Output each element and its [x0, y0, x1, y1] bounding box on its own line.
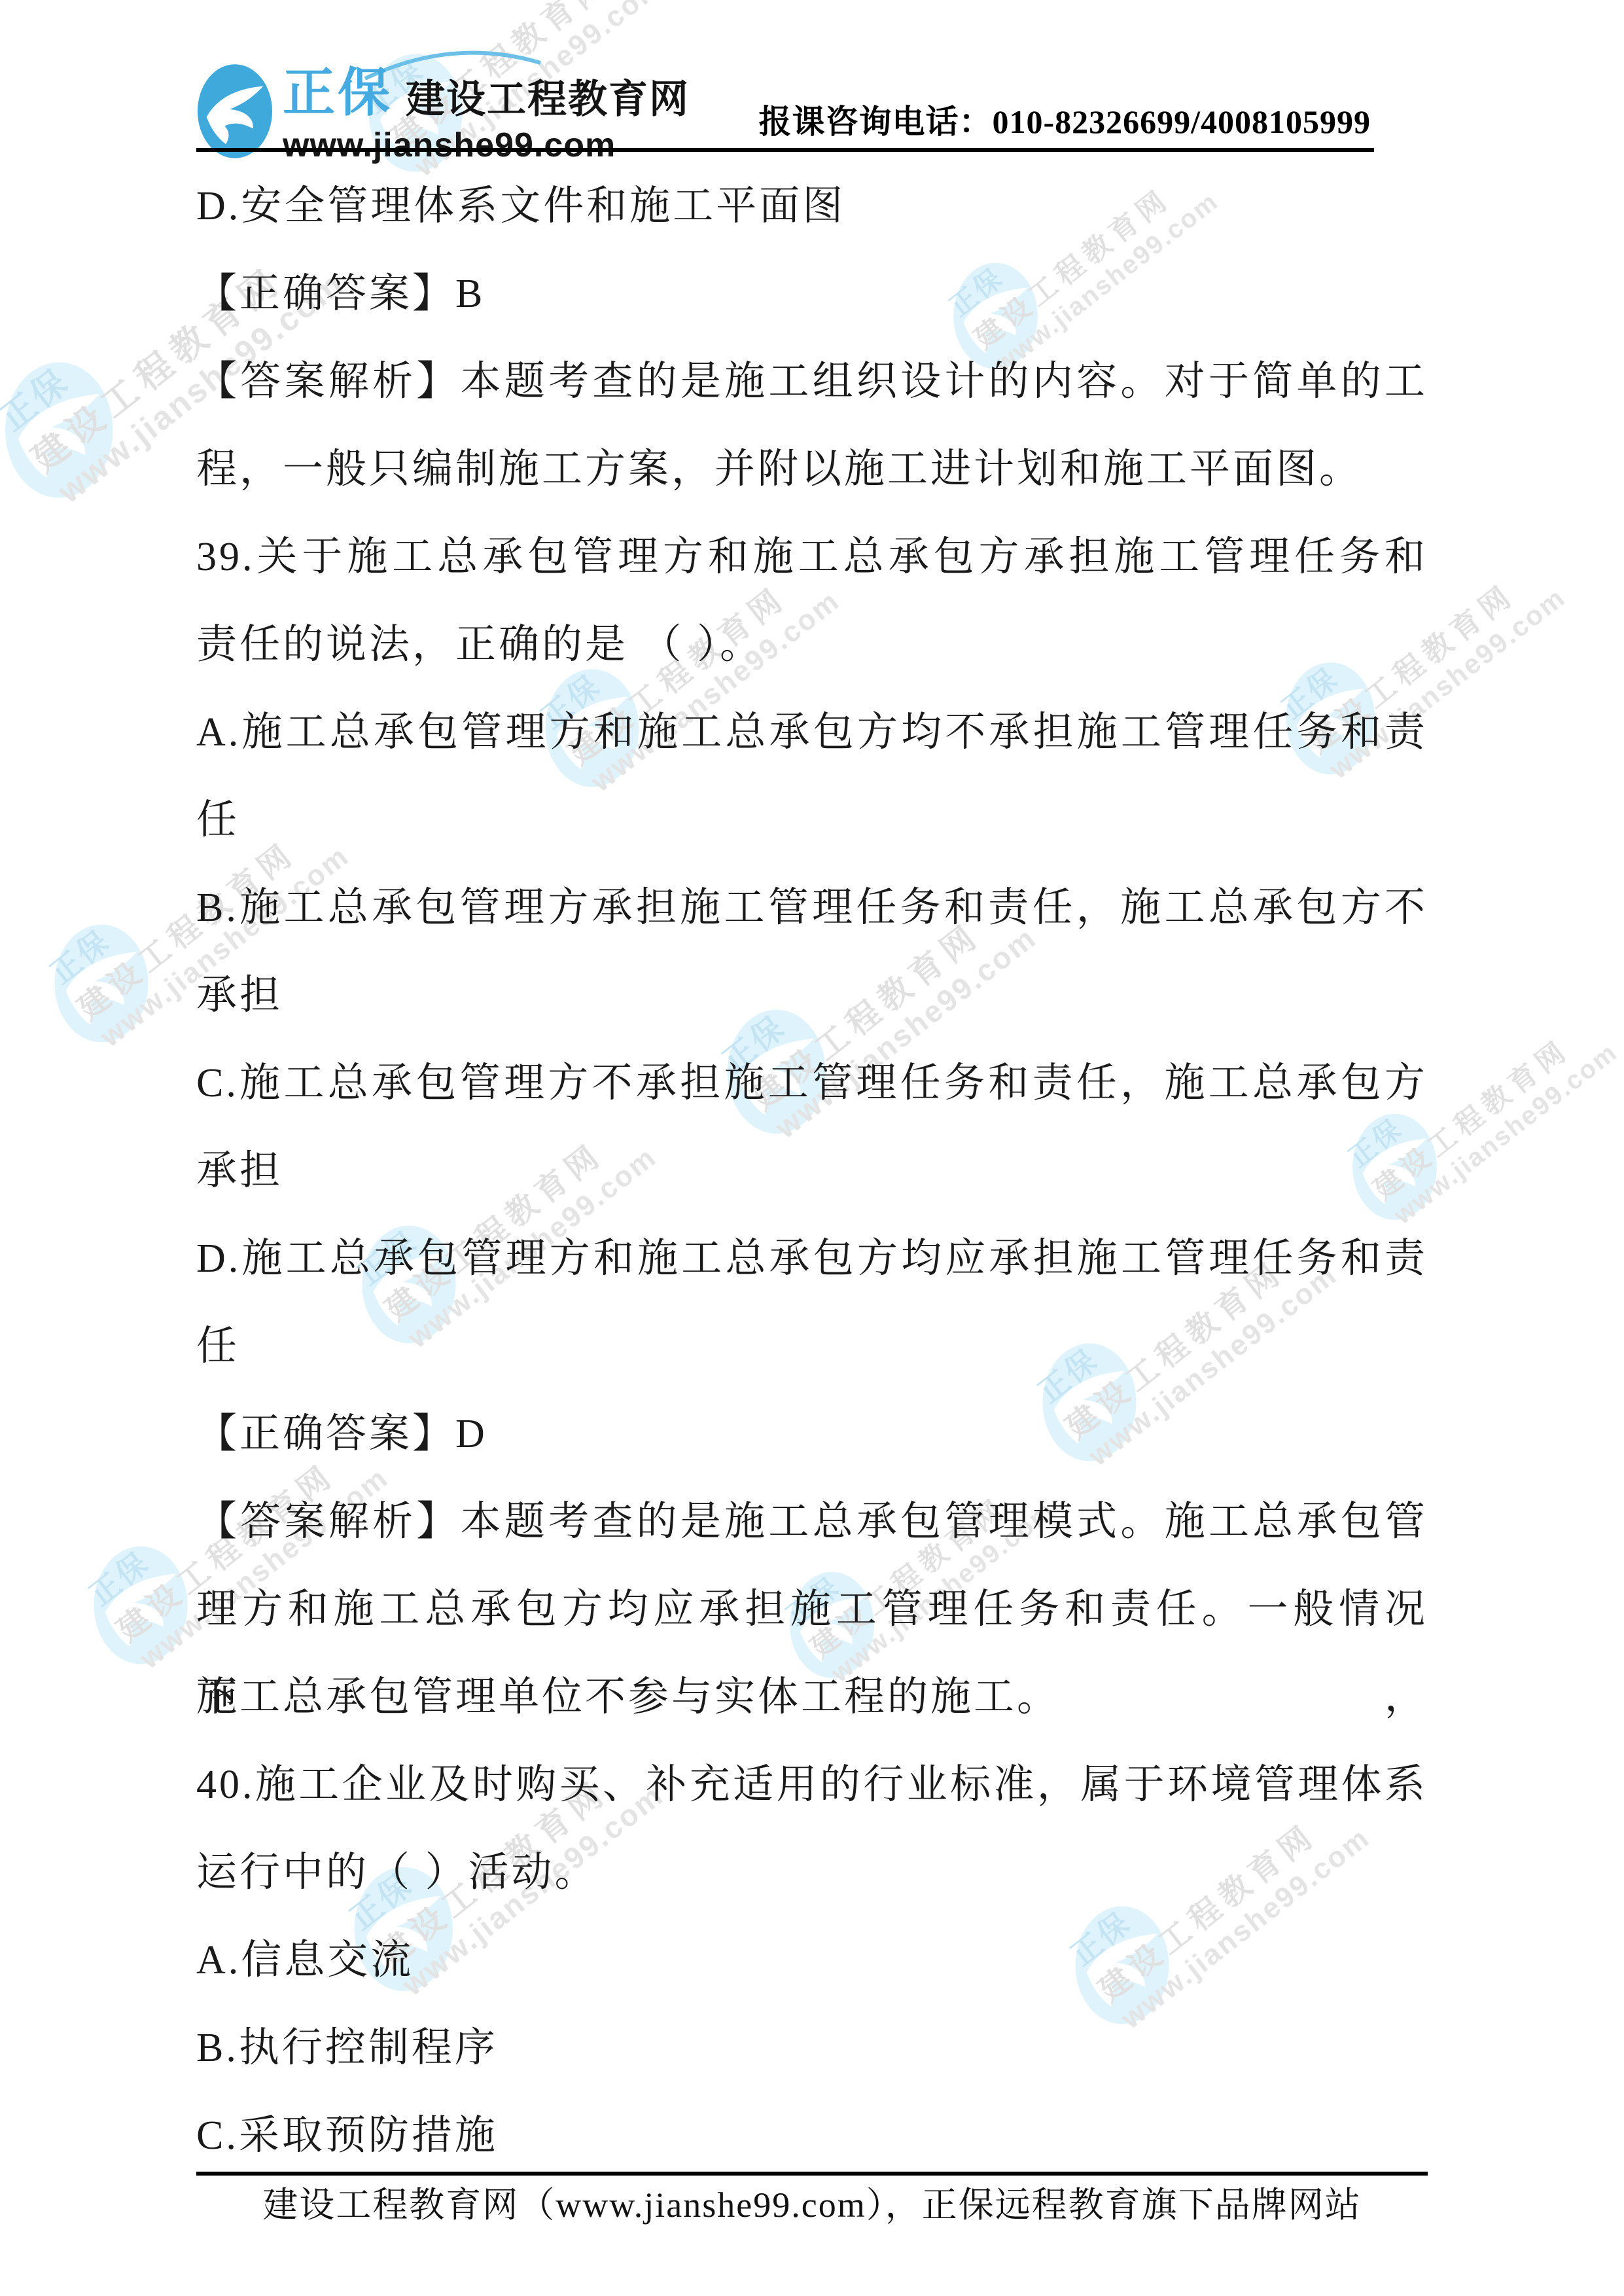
document-line: 程，一般只编制施工方案，并附以施工进计划和施工平面图。: [196, 425, 1428, 513]
document-line: C.施工总承包管理方不承担施工管理任务和责任，施工总承包方: [196, 1039, 1428, 1127]
document-line: C.采取预防措施: [196, 2092, 1428, 2179]
document-line: B.执行控制程序: [196, 2004, 1428, 2092]
document-line: A.施工总承包管理方和施工总承包方均不承担施工管理任务和责: [196, 689, 1428, 776]
document-line: 承担: [196, 1127, 1428, 1215]
document-line: 40.施工企业及时购买、补充适用的行业标准，属于环境管理体系: [196, 1741, 1428, 1829]
document-line: 39.关于施工总承包管理方和施工总承包方承担施工管理任务和: [196, 513, 1428, 601]
document-line: 任: [196, 1302, 1428, 1390]
footer-rule: [196, 2172, 1428, 2176]
phone-contact: 报课咨询电话：010-82326699/4008105999: [758, 103, 1371, 140]
document-line: 任: [196, 776, 1428, 864]
footer-text: 建设工程教育网（www.jianshe99.com），正保远程教育旗下品牌网站: [196, 2183, 1428, 2227]
document-line: A.信息交流: [196, 1916, 1428, 2004]
brand-name: 正保: [283, 67, 393, 119]
watermark-logo-icon: [3, 361, 116, 500]
document-line: 【正确答案】B: [196, 250, 1428, 338]
document-line: 【答案解析】本题考查的是施工组织设计的内容。对于简单的工: [196, 338, 1428, 425]
site-url: www.jianshe99.com: [283, 128, 616, 162]
site-name: 建设工程教育网: [406, 80, 690, 119]
watermark-logo-icon: [92, 1545, 190, 1666]
document-line: 责任的说法，正确的是 （ ）。: [196, 601, 1428, 689]
document-line: D.施工总承包管理方和施工总承包方均应承担施工管理任务和责: [196, 1215, 1428, 1302]
document-line: B.施工总承包管理方承担施工管理任务和责任，施工总承包方不: [196, 864, 1428, 952]
document-line: 运行中的（ ）活动。: [196, 1829, 1428, 1916]
document-line: D.安全管理体系文件和施工平面图: [196, 162, 1428, 250]
header-rule: [196, 148, 1374, 152]
watermark-logo-icon: [52, 923, 150, 1044]
brand-logo-icon: [196, 62, 274, 161]
document-line: 理方和施工总承包方均应承担施工管理任务和责任。一般情况下，: [196, 1566, 1428, 1653]
document-body: D.安全管理体系文件和施工平面图 【正确答案】B 【答案解析】本题考查的是施工组…: [196, 162, 1428, 2179]
document-page: 正保建设工程教育网www.jianshe99.com正保建设工程教育网www.j…: [0, 0, 1624, 2296]
document-line: 【答案解析】本题考查的是施工总承包管理模式。施工总承包管: [196, 1478, 1428, 1566]
document-line: 承担: [196, 952, 1428, 1039]
document-line: 【正确答案】D: [196, 1390, 1428, 1478]
